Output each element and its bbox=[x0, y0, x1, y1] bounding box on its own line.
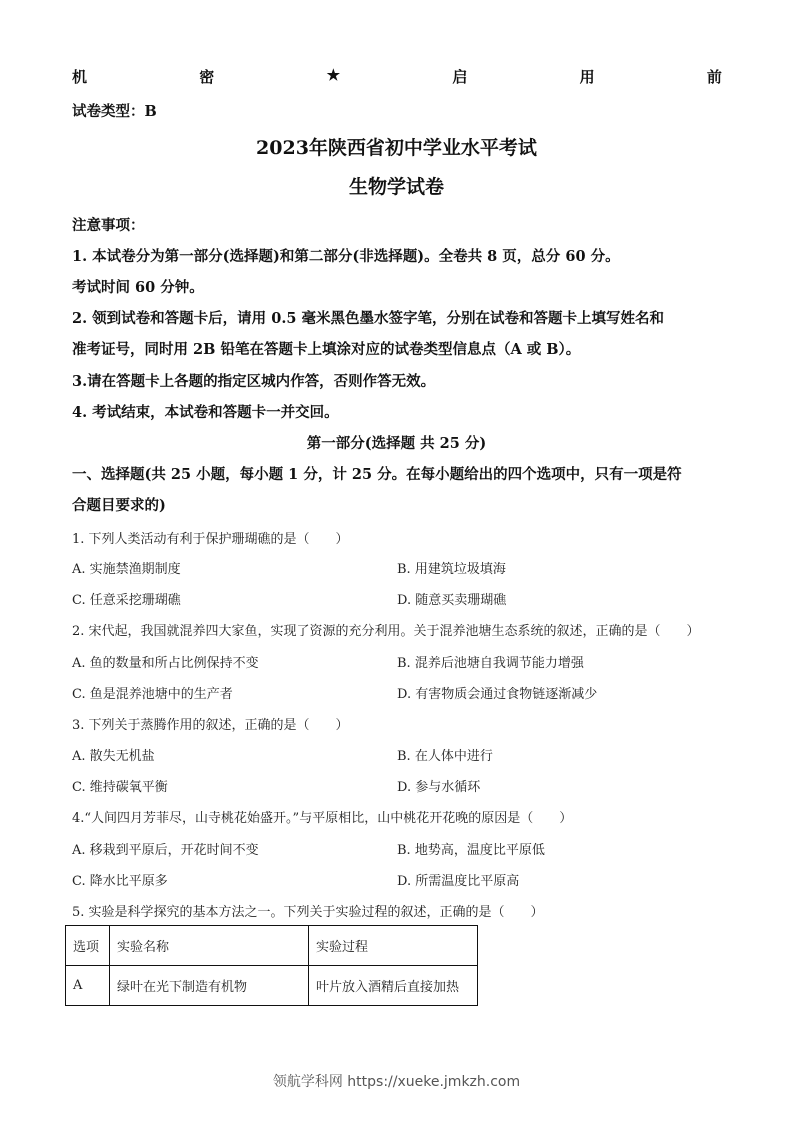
question-1-option-a[interactable]: A. 实施禁渔期制度 bbox=[72, 558, 181, 577]
question-2-option-c[interactable]: C. 鱼是混养池塘中的生产者 bbox=[72, 683, 233, 702]
note-line: 4. 考试结束，本试卷和答题卡一并交回。 bbox=[72, 401, 339, 422]
question-5-stem: 5. 实验是科学探究的基本方法之一。下列关于实验过程的叙述，正确的是（ ） bbox=[72, 901, 544, 920]
question-3-option-d[interactable]: D. 参与水循环 bbox=[397, 776, 480, 795]
star-icon: ★ bbox=[327, 66, 340, 87]
experiment-table: 选项 实验名称 实验过程 A 绿叶在光下制造有机物 叶片放入酒精后直接加热 bbox=[65, 925, 478, 1006]
exam-title: 2023年陕西省初中学业水平考试 bbox=[0, 133, 793, 160]
exam-subtitle: 生物学试卷 bbox=[0, 172, 793, 199]
part-heading: 第一部分(选择题 共 25 分) bbox=[0, 432, 793, 453]
notes-heading: 注意事项： bbox=[72, 214, 145, 235]
question-2-option-a[interactable]: A. 鱼的数量和所占比例保持不变 bbox=[72, 652, 259, 671]
note-line: 1. 本试卷分为第一部分(选择题)和第二部分(非选择题)。全卷共 8 页，总分 … bbox=[72, 245, 620, 266]
table-header-row: 选项 实验名称 实验过程 bbox=[66, 926, 478, 966]
question-1-stem: 1. 下列人类活动有利于保护珊瑚礁的是（ ） bbox=[72, 528, 349, 547]
note-line: 2. 领到试卷和答题卡后，请用 0.5 毫米黑色墨水签字笔，分别在试卷和答题卡上… bbox=[72, 307, 664, 328]
paper-type: 试卷类型：B bbox=[72, 100, 157, 121]
question-3-option-c[interactable]: C. 维持碳氧平衡 bbox=[72, 776, 168, 795]
question-4-stem: 4.“人间四月芳菲尽，山寺桃花始盛开。”与平原相比，山中桃花开花晚的原因是（ ） bbox=[72, 807, 572, 826]
note-line: 考试时间 60 分钟。 bbox=[72, 276, 204, 297]
table-header-cell: 实验过程 bbox=[309, 926, 478, 966]
watermark-footer: 领航学科网 https://xueke.jmkzh.com bbox=[0, 1071, 793, 1091]
note-line: 3.请在答题卡上各题的指定区城内作答，否则作答无效。 bbox=[72, 370, 435, 391]
question-3-stem: 3. 下列关于蒸腾作用的叙述，正确的是（ ） bbox=[72, 714, 349, 733]
question-4-option-c[interactable]: C. 降水比平原多 bbox=[72, 870, 168, 889]
question-4-option-b[interactable]: B. 地势高，温度比平原低 bbox=[397, 839, 545, 858]
question-2-option-b[interactable]: B. 混养后池塘自我调节能力增强 bbox=[397, 652, 584, 671]
secret-char: 用 bbox=[580, 66, 595, 87]
section-instructions-cont: 合题目要求的) bbox=[72, 494, 166, 515]
secret-char: 机 bbox=[72, 66, 87, 87]
question-3-option-a[interactable]: A. 散失无机盐 bbox=[72, 745, 155, 764]
table-header-cell: 实验名称 bbox=[110, 926, 309, 966]
confidential-banner: 机 密 ★ 启 用 前 bbox=[72, 66, 722, 87]
table-cell: 绿叶在光下制造有机物 bbox=[110, 966, 309, 1006]
question-1-option-b[interactable]: B. 用建筑垃圾填海 bbox=[397, 558, 506, 577]
table-header-cell: 选项 bbox=[66, 926, 110, 966]
table-cell: 叶片放入酒精后直接加热 bbox=[309, 966, 478, 1006]
table-row: A 绿叶在光下制造有机物 叶片放入酒精后直接加热 bbox=[66, 966, 478, 1006]
section-instructions: 一、选择题(共 25 小题，每小题 1 分，计 25 分。在每小题给出的四个选项… bbox=[72, 463, 682, 484]
question-1-option-d[interactable]: D. 随意买卖珊瑚礁 bbox=[397, 589, 506, 608]
note-line: 准考证号，同时用 2B 铅笔在答题卡上填涂对应的试卷类型信息点（A 或 B）。 bbox=[72, 338, 580, 359]
secret-char: 前 bbox=[707, 66, 722, 87]
table-cell: A bbox=[66, 966, 110, 1006]
question-2-stem: 2. 宋代起，我国就混养四大家鱼，实现了资源的充分利用。关于混养池塘生态系统的叙… bbox=[72, 620, 700, 639]
secret-char: 密 bbox=[199, 66, 214, 87]
question-1-option-c[interactable]: C. 任意采挖珊瑚礁 bbox=[72, 589, 181, 608]
question-4-option-d[interactable]: D. 所需温度比平原高 bbox=[397, 870, 519, 889]
question-3-option-b[interactable]: B. 在人体中进行 bbox=[397, 745, 493, 764]
secret-char: 启 bbox=[452, 66, 467, 87]
question-2-option-d[interactable]: D. 有害物质会通过食物链逐渐减少 bbox=[397, 683, 597, 702]
question-4-option-a[interactable]: A. 移栽到平原后，开花时间不变 bbox=[72, 839, 259, 858]
